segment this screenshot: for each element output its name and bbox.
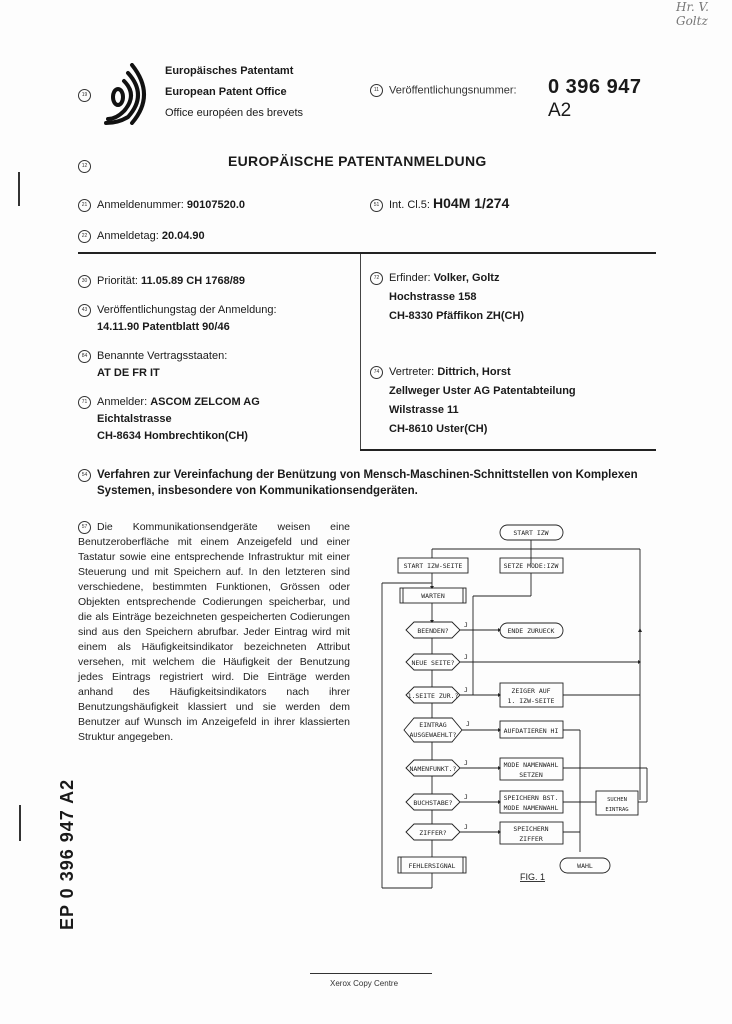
- column-divider: [360, 254, 361, 450]
- svg-text:START IZW-SEITE: START IZW-SEITE: [404, 562, 463, 570]
- divider: [360, 449, 656, 451]
- office-name-en: European Patent Office: [165, 82, 303, 103]
- invention-title: 54 Verfahren zur Vereinfachung der Benüt…: [78, 467, 663, 499]
- svg-text:BEENDEN?: BEENDEN?: [417, 627, 448, 635]
- svg-text:START IZW: START IZW: [513, 529, 548, 537]
- side-publication-label: EP 0 396 947 A2: [57, 779, 78, 930]
- svg-text:FIG. 1: FIG. 1: [520, 872, 545, 882]
- office-name-fr: Office européen des brevets: [165, 103, 303, 124]
- svg-text:1.SEITE ZUR.?: 1.SEITE ZUR.?: [408, 692, 459, 700]
- office-names: Europäisches Patentamt European Patent O…: [165, 61, 303, 124]
- int-classification: 51Int. Cl.5: H04M 1/274: [370, 195, 509, 214]
- margin-mark: [18, 172, 20, 206]
- publication-number: 0 396 947: [548, 76, 641, 99]
- svg-text:WAHL: WAHL: [577, 862, 593, 870]
- pubnum-label-row: 11Veröffentlichungsnummer:: [370, 84, 517, 97]
- svg-text:AUFDATIEREN HI: AUFDATIEREN HI: [504, 727, 559, 735]
- svg-text:J: J: [464, 653, 468, 661]
- svg-text:J: J: [464, 823, 468, 831]
- applicant: 71Anmelder: ASCOM ZELCOM AG Eichtalstras…: [78, 394, 260, 445]
- svg-text:EINTRAG: EINTRAG: [419, 721, 446, 729]
- svg-text:NAMENFUNKT.?: NAMENFUNKT.?: [410, 765, 457, 773]
- svg-text:NEUE SEITE?: NEUE SEITE?: [411, 659, 454, 667]
- svg-text:J: J: [464, 759, 468, 767]
- svg-text:MODE NAMENWAHL: MODE NAMENWAHL: [504, 804, 559, 812]
- svg-text:J: J: [464, 621, 468, 629]
- document-type-title: EUROPÄISCHE PATENTANMELDUNG: [228, 153, 487, 169]
- svg-text:ENDE ZURUECK: ENDE ZURUECK: [508, 627, 555, 635]
- svg-text:J: J: [464, 686, 468, 694]
- epo-logo: [104, 63, 154, 125]
- designated-states: 84Benannte Vertragsstaaten: AT DE FR IT: [78, 348, 227, 382]
- svg-text:SETZEN: SETZEN: [519, 771, 543, 779]
- representative: 74Vertreter: Dittrich, Horst Zellweger U…: [370, 363, 576, 439]
- svg-text:EINTRAG: EINTRAG: [605, 807, 628, 813]
- svg-text:J: J: [464, 793, 468, 801]
- doctype-ref-marker: 12: [78, 158, 97, 176]
- margin-mark: [19, 805, 21, 841]
- application-number: 21Anmeldenummer: 90107520.0: [78, 197, 245, 214]
- priority: 30Priorität: 11.05.89 CH 1768/89: [78, 273, 245, 290]
- svg-text:1. IZW-SEITE: 1. IZW-SEITE: [508, 697, 555, 705]
- office-ref-marker: 19: [78, 87, 97, 105]
- abstract: 57Die Kommunikationsendgeräte weisen ein…: [78, 520, 350, 745]
- footer-text: Xerox Copy Centre: [330, 979, 398, 988]
- svg-text:SUCHEN: SUCHEN: [607, 797, 627, 803]
- svg-text:ZEIGER AUF: ZEIGER AUF: [511, 687, 550, 695]
- svg-text:WARTEN: WARTEN: [421, 592, 445, 600]
- svg-text:FEHLERSIGNAL: FEHLERSIGNAL: [409, 862, 456, 870]
- svg-text:J: J: [466, 720, 470, 728]
- svg-text:SPEICHERN BST.: SPEICHERN BST.: [504, 794, 559, 802]
- svg-text:AUSGEWAEHLT?: AUSGEWAEHLT?: [410, 731, 457, 739]
- inventor: 72Erfinder: Volker, Goltz Hochstrasse 15…: [370, 269, 524, 326]
- svg-text:BUCHSTABE?: BUCHSTABE?: [413, 799, 452, 807]
- svg-text:SPEICHERN: SPEICHERN: [513, 825, 548, 833]
- svg-text:ZIFFER: ZIFFER: [519, 835, 543, 843]
- divider: [78, 252, 656, 254]
- kind-code: A2: [548, 100, 571, 122]
- office-name-de: Europäisches Patentamt: [165, 61, 303, 82]
- svg-text:ZIFFER?: ZIFFER?: [419, 829, 446, 837]
- publication-date: 43Veröffentlichungstag der Anmeldung: 14…: [78, 302, 277, 336]
- handwritten-note: Hr. V. Goltz: [676, 0, 732, 28]
- flowchart-figure: JJJ JJJJ START IZW START IZW-SEITE SETZE…: [370, 520, 660, 890]
- footer-rule: [310, 973, 432, 974]
- svg-text:SETZE MODE:IZW: SETZE MODE:IZW: [504, 562, 559, 570]
- svg-text:MODE NAMENWAHL: MODE NAMENWAHL: [504, 761, 559, 769]
- filing-date: 22Anmeldetag: 20.04.90: [78, 228, 205, 245]
